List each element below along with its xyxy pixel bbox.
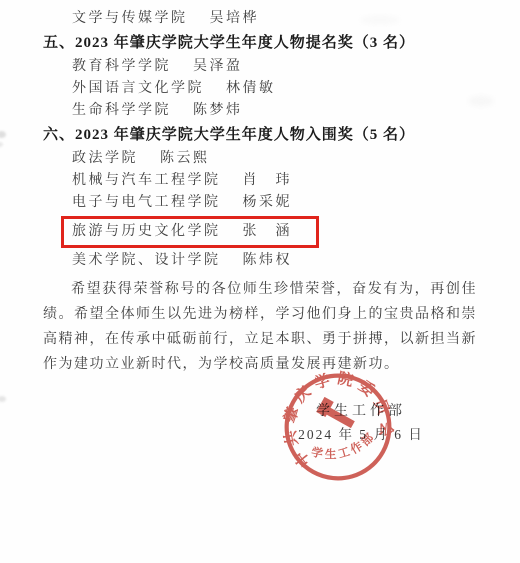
student-name: 吴培桦: [210, 11, 260, 26]
signature-block: 学生工作部 2024 年 5 月 6 日: [281, 402, 441, 445]
document-page: 文学与传媒学院吴培桦 五、2023 年肇庆学院大学生年度人物提名奖（3 名） 教…: [0, 0, 520, 563]
student-name: 杨采妮: [243, 195, 293, 210]
college-name: 外国语言文化学院: [72, 81, 204, 96]
section-heading-5: 五、2023 年肇庆学院大学生年度人物提名奖（3 名）: [43, 30, 477, 56]
scan-artifact: [0, 142, 3, 147]
closing-paragraph: 希望获得荣誉称号的各位师生珍惜荣誉，奋发有为，再创佳绩。希望全体师生以先进为榜样…: [43, 277, 477, 377]
section-heading-6: 六、2023 年肇庆学院大学生年度人物入围奖（5 名）: [43, 122, 477, 148]
award-list-item: 外国语言文化学院林倩敏: [72, 78, 477, 100]
college-name: 政法学院: [72, 151, 138, 166]
award-list-item: 政法学院陈云熙: [72, 148, 477, 170]
student-name: 陈炜权: [243, 253, 293, 268]
red-highlight-box: 旅游与历史文化学院张 涵: [61, 216, 319, 248]
student-name: 肖 玮: [243, 173, 293, 188]
award-list-item: 教育科学学院吴泽盈: [72, 56, 477, 78]
college-name: 生命科学学院: [72, 103, 171, 118]
student-name: 吴泽盈: [193, 59, 243, 74]
college-name: 美术学院、设计学院: [72, 253, 221, 268]
college-name: 机械与汽车工程学院: [72, 173, 221, 188]
award-list-item: 机械与汽车工程学院肖 玮: [72, 170, 477, 192]
college-name: 教育科学学院: [72, 59, 171, 74]
award-list-item: 生命科学学院陈梦炜: [72, 100, 477, 122]
signature-department: 学生工作部: [281, 402, 441, 422]
award-list-item: 电子与电气工程学院杨采妮: [72, 192, 477, 214]
highlighted-award-row: 旅游与历史文化学院张 涵: [72, 216, 477, 248]
college-name: 文学与传媒学院: [72, 11, 188, 26]
student-name: 张 涵: [243, 224, 293, 239]
document-content: 文学与传媒学院吴培桦 五、2023 年肇庆学院大学生年度人物提名奖（3 名） 教…: [43, 8, 477, 377]
student-name: 林倩敏: [226, 81, 276, 96]
college-name: 旅游与历史文化学院: [72, 224, 221, 239]
college-name: 电子与电气工程学院: [72, 195, 221, 210]
student-name: 陈梦炜: [193, 103, 243, 118]
award-list-item: 美术学院、设计学院陈炜权: [72, 250, 477, 272]
signature-date: 2024 年 5 月 6 日: [281, 425, 441, 445]
scan-artifact: [0, 396, 6, 402]
award-list-item: 文学与传媒学院吴培桦: [72, 8, 477, 30]
scan-artifact: [0, 131, 6, 138]
student-name: 陈云熙: [160, 151, 210, 166]
